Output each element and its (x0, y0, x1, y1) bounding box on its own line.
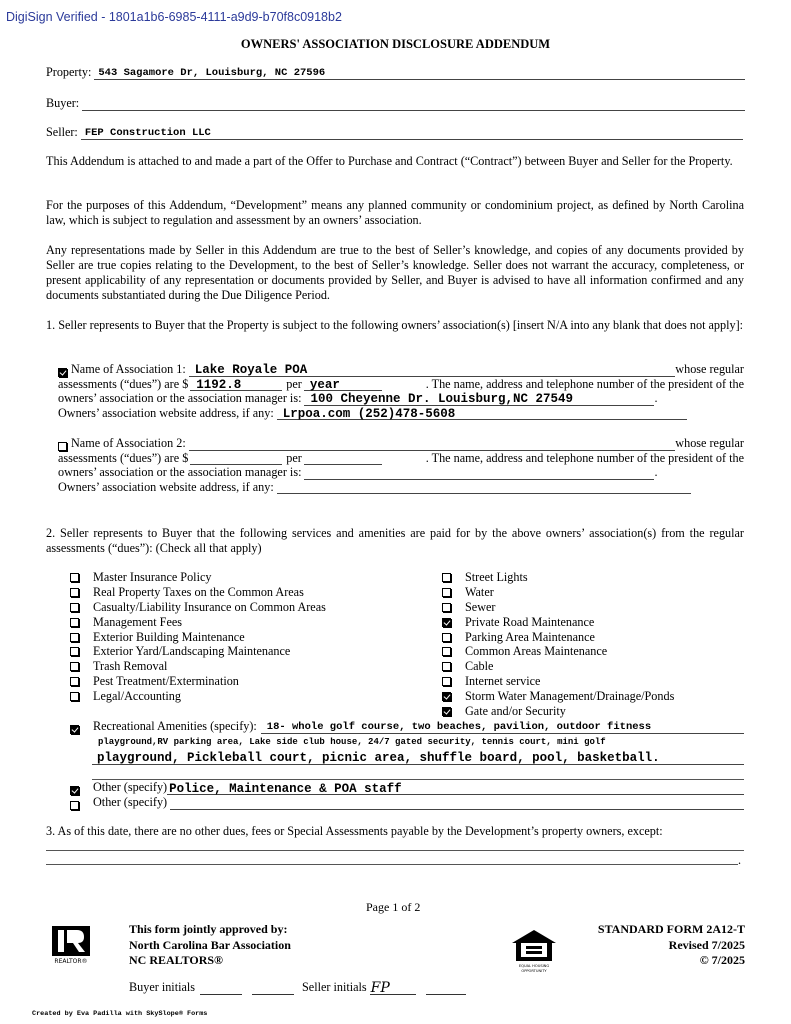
property-field: Property: 543 Sagamore Dr, Louisburg, NC… (46, 64, 745, 80)
service-checkbox[interactable] (70, 662, 79, 671)
service-checkbox[interactable] (70, 603, 79, 612)
service-item: Real Property Taxes on the Common Areas (70, 585, 430, 600)
section-3-text: 3. As of this date, there are no other d… (46, 824, 663, 839)
service-checkbox[interactable] (70, 618, 79, 627)
seller-initials-1[interactable]: FP (370, 980, 416, 995)
service-label: Common Areas Maintenance (465, 644, 607, 659)
section-3-line-2[interactable] (46, 864, 738, 865)
service-item: Private Road Maintenance (442, 615, 752, 630)
digisign-verification: DigiSign Verified - 1801a1b6-6985-4111-a… (6, 10, 342, 24)
association-2-per-input[interactable] (304, 451, 382, 465)
service-item: Water (442, 585, 752, 600)
buyer-input[interactable] (82, 96, 745, 111)
whose-regular-label-2: whose regular (675, 436, 744, 451)
service-checkbox[interactable] (70, 588, 79, 597)
service-label: Street Lights (465, 570, 528, 585)
service-checkbox[interactable] (442, 603, 451, 612)
manager-label: owners’ association or the association m… (58, 391, 301, 406)
property-value: 543 Sagamore Dr, Louisburg, NC 27596 (98, 67, 325, 79)
other-1-input[interactable]: Police, Maintenance & POA staff (167, 781, 744, 795)
paragraph-addendum-attached: This Addendum is attached to and made a … (46, 154, 744, 169)
revised-date: Revised 7/2025 (598, 938, 745, 954)
per-label: per (286, 377, 302, 392)
created-by-note: Created by Eva Padilla with SkySlope® Fo… (32, 1010, 207, 1018)
association-2-name-input[interactable] (189, 437, 676, 451)
svg-text:OPPORTUNITY: OPPORTUNITY (521, 969, 547, 973)
service-item: Casualty/Liability Insurance on Common A… (70, 600, 430, 615)
association-1-website-input[interactable]: Lrpoa.com (252)478-5608 (277, 406, 687, 420)
property-label: Property: (46, 65, 91, 80)
association-2-block: Name of Association 2: whose regular ass… (58, 436, 744, 494)
buyer-initials-2[interactable] (252, 982, 294, 995)
service-checkbox[interactable] (442, 618, 451, 627)
service-checkbox[interactable] (442, 573, 451, 582)
svg-text:EQUAL HOUSING: EQUAL HOUSING (519, 964, 550, 968)
services-right-column: Street LightsWaterSewerPrivate Road Main… (442, 570, 752, 719)
service-label: Management Fees (93, 615, 182, 630)
association-1-dues-value: 1192.8 (196, 378, 241, 393)
seller-initials-value: FP (371, 980, 390, 996)
service-checkbox[interactable] (442, 707, 451, 716)
association-2-checkbox[interactable] (58, 442, 67, 451)
document-title: OWNERS' ASSOCIATION DISCLOSURE ADDENDUM (0, 37, 791, 52)
service-item: Storm Water Management/Drainage/Ponds (442, 689, 752, 704)
association-1-manager-input[interactable]: 100 Cheyenne Dr. Louisburg,NC 27549 (304, 392, 654, 406)
buyer-label: Buyer: (46, 96, 79, 111)
section-1-intro: 1. Seller represents to Buyer that the P… (46, 318, 744, 333)
other-specify-1: Other (specify) Police, Maintenance & PO… (70, 780, 744, 795)
association-1-name-value: Lake Royale POA (195, 363, 308, 378)
recreational-checkbox[interactable] (70, 725, 79, 734)
service-item: Pest Treatment/Extermination (70, 674, 430, 689)
service-item: Exterior Yard/Landscaping Maintenance (70, 644, 430, 659)
service-checkbox[interactable] (70, 633, 79, 642)
recreational-line-3: playground, Pickleball court, picnic are… (97, 751, 660, 765)
recreational-line-3-input[interactable]: playground, Pickleball court, picnic are… (92, 748, 744, 765)
association-1-per-input[interactable]: year (304, 377, 382, 391)
section-3-line-1[interactable] (46, 850, 744, 851)
service-item: Parking Area Maintenance (442, 630, 752, 645)
buyer-initials-label: Buyer initials (129, 980, 195, 995)
paragraph-representations: Any representations made by Seller in th… (46, 243, 744, 303)
service-item: Cable (442, 659, 752, 674)
service-item: Legal/Accounting (70, 689, 430, 704)
buyer-initials-1[interactable] (200, 982, 242, 995)
section-2-intro: 2. Seller represents to Buyer that the f… (46, 526, 744, 556)
service-label: Real Property Taxes on the Common Areas (93, 585, 304, 600)
other-1-value: Police, Maintenance & POA staff (169, 782, 402, 796)
service-checkbox[interactable] (70, 573, 79, 582)
service-label: Sewer (465, 600, 495, 615)
service-label: Casualty/Liability Insurance on Common A… (93, 600, 326, 615)
service-item: Trash Removal (70, 659, 430, 674)
approved-by-block: This form jointly approved by: North Car… (129, 922, 291, 969)
equal-housing-icon: EQUAL HOUSING OPPORTUNITY (510, 928, 558, 974)
association-1-dues-input[interactable]: 1192.8 (190, 377, 282, 391)
manager-label-2: owners’ association or the association m… (58, 465, 301, 480)
service-item: Common Areas Maintenance (442, 644, 752, 659)
service-checkbox[interactable] (442, 633, 451, 642)
service-checkbox[interactable] (442, 647, 451, 656)
service-label: Pest Treatment/Extermination (93, 674, 239, 689)
other-2-label: Other (specify) (93, 795, 167, 810)
paragraph-development-definition: For the purposes of this Addendum, “Deve… (46, 198, 744, 228)
approved-line-2: North Carolina Bar Association (129, 938, 291, 954)
page-number: Page 1 of 2 (366, 900, 420, 915)
whose-regular-label: whose regular (675, 362, 744, 377)
service-item: Street Lights (442, 570, 752, 585)
service-label: Internet service (465, 674, 540, 689)
association-1-name-input[interactable]: Lake Royale POA (189, 363, 676, 377)
buyer-field: Buyer: (46, 95, 745, 111)
president-label: . The name, address and telephone number… (382, 377, 744, 392)
form-id: STANDARD FORM 2A12-T (598, 922, 745, 938)
service-item: Management Fees (70, 615, 430, 630)
realtor-logo-icon: REALTOR® (50, 926, 92, 964)
other-1-label: Other (specify) (93, 780, 167, 795)
service-label: Water (465, 585, 494, 600)
other-2-input[interactable] (170, 796, 744, 810)
recreational-line-1-input[interactable]: 18- whole golf course, two beaches, pavi… (261, 720, 744, 734)
dues-label: assessments (“dues”) are $ (58, 377, 188, 392)
dues-label-2: assessments (“dues”) are $ (58, 451, 188, 466)
association-1-manager-value: 100 Cheyenne Dr. Louisburg,NC 27549 (310, 392, 573, 407)
seller-field: Seller: FEP Construction LLC (46, 124, 743, 140)
association-2-website-input[interactable] (277, 480, 691, 494)
service-label: Master Insurance Policy (93, 570, 211, 585)
service-checkbox[interactable] (70, 692, 79, 701)
service-item: Master Insurance Policy (70, 570, 430, 585)
service-label: Cable (465, 659, 493, 674)
service-label: Private Road Maintenance (465, 615, 594, 630)
seller-label: Seller: (46, 125, 78, 140)
initials-row: Buyer initials Seller initials FP (129, 980, 466, 995)
service-checkbox[interactable] (442, 588, 451, 597)
service-checkbox[interactable] (70, 677, 79, 686)
recreational-line-2: playground,RV parking area, Lake side cl… (98, 737, 606, 747)
seller-initials-label: Seller initials (302, 980, 367, 995)
association-1-per-value: year (310, 378, 340, 393)
form-id-block: STANDARD FORM 2A12-T Revised 7/2025 © 7/… (598, 922, 745, 969)
service-item: Gate and/or Security (442, 704, 752, 719)
seller-input[interactable]: FEP Construction LLC (81, 125, 743, 140)
service-label: Trash Removal (93, 659, 167, 674)
association-1-name-label: Name of Association 1: (71, 362, 186, 377)
property-input[interactable]: 543 Sagamore Dr, Louisburg, NC 27596 (94, 65, 745, 80)
service-label: Storm Water Management/Drainage/Ponds (465, 689, 674, 704)
service-item: Internet service (442, 674, 752, 689)
other-2-checkbox[interactable] (70, 801, 79, 810)
service-label: Gate and/or Security (465, 704, 566, 719)
approved-line-3: NC REALTORS® (129, 953, 291, 969)
service-label: Legal/Accounting (93, 689, 181, 704)
association-1-block: Name of Association 1: Lake Royale POA w… (58, 362, 744, 420)
service-checkbox[interactable] (70, 647, 79, 656)
service-item: Exterior Building Maintenance (70, 630, 430, 645)
recreational-line-4-input[interactable] (92, 765, 744, 780)
service-label: Exterior Building Maintenance (93, 630, 245, 645)
svg-text:REALTOR®: REALTOR® (54, 958, 87, 964)
service-label: Parking Area Maintenance (465, 630, 595, 645)
president-label-2: . The name, address and telephone number… (382, 451, 744, 466)
copyright: © 7/2025 (598, 953, 745, 969)
service-checkbox[interactable] (442, 692, 451, 701)
other-1-checkbox[interactable] (70, 786, 79, 795)
association-2-manager-input[interactable] (304, 466, 654, 480)
website-label-2: Owners’ association website address, if … (58, 480, 274, 495)
seller-initials-2[interactable] (426, 982, 466, 995)
website-label: Owners’ association website address, if … (58, 406, 274, 421)
service-label: Exterior Yard/Landscaping Maintenance (93, 644, 290, 659)
seller-value: FEP Construction LLC (85, 127, 211, 139)
service-checkbox[interactable] (442, 662, 451, 671)
recreational-label: Recreational Amenities (specify): (93, 719, 257, 734)
association-2-dues-input[interactable] (190, 451, 282, 465)
approved-line-1: This form jointly approved by: (129, 922, 291, 938)
services-left-column: Master Insurance PolicyReal Property Tax… (70, 570, 430, 704)
per-label-2: per (286, 451, 302, 466)
association-1-checkbox[interactable] (58, 368, 67, 377)
other-specify-2: Other (specify) (70, 795, 744, 810)
association-1-website-value: Lrpoa.com (252)478-5608 (283, 407, 456, 422)
service-checkbox[interactable] (442, 677, 451, 686)
service-item: Sewer (442, 600, 752, 615)
association-2-name-label: Name of Association 2: (71, 436, 186, 451)
recreational-line-1: 18- whole golf course, two beaches, pavi… (267, 721, 651, 733)
recreational-amenities: Recreational Amenities (specify): 18- wh… (70, 719, 744, 780)
